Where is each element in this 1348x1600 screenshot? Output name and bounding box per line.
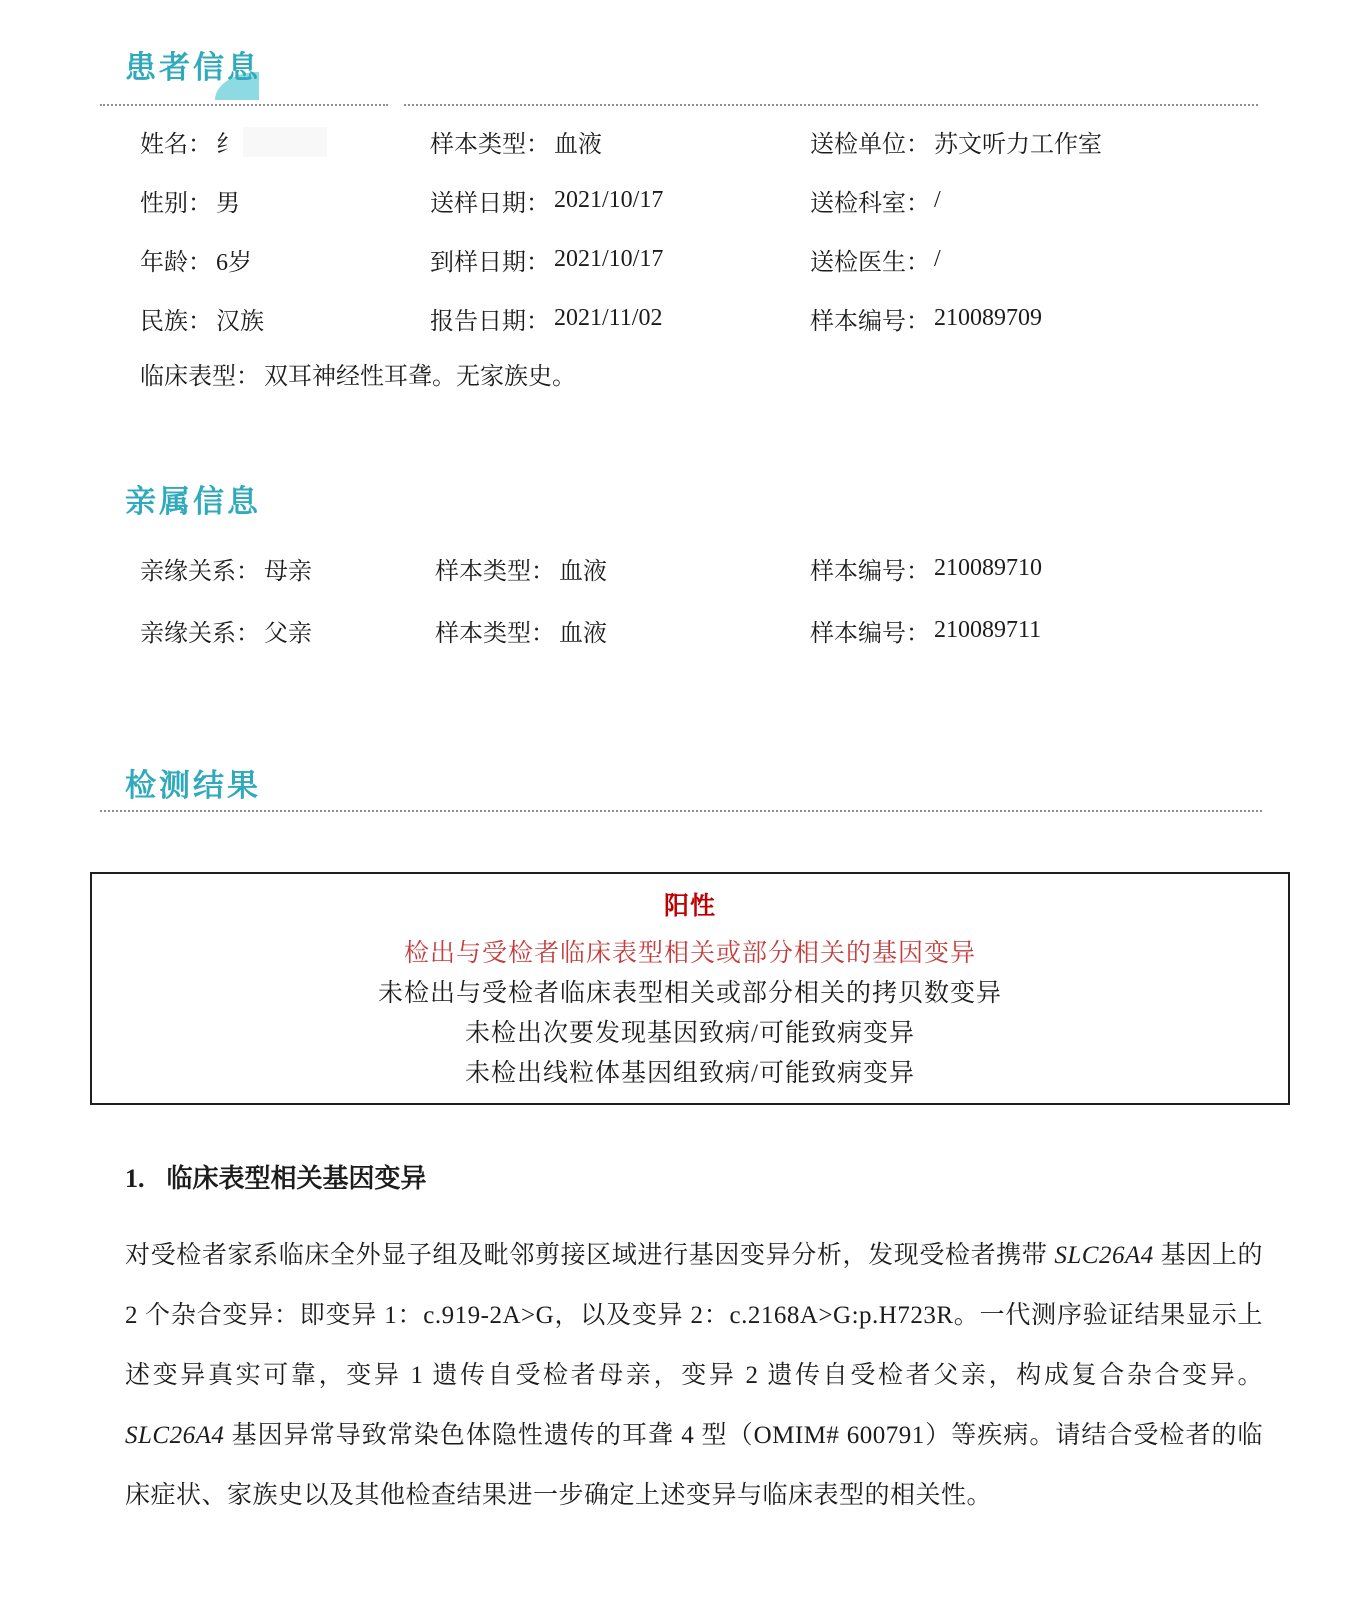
field-ethnicity: 民族：汉族 — [140, 289, 430, 348]
field-sample-type: 样本类型：血液 — [430, 112, 810, 171]
field-relative-sample-id-2-label: 样本编号： — [810, 613, 930, 648]
field-age-label: 年龄： — [140, 242, 212, 277]
field-relative-sample-id-2-value: 210089711 — [934, 617, 1041, 644]
section-number: 1. — [125, 1164, 145, 1193]
field-sample-type-label: 样本类型： — [430, 124, 550, 159]
name-redaction — [243, 127, 327, 157]
section-heading-text: 临床表型相关基因变异 — [167, 1164, 427, 1193]
field-clinical-phenotype: 临床表型：双耳神经性耳聋。无家族史。 — [140, 356, 576, 391]
genetic-test-report-page: 患者信息 姓名：纟 样本类型：血液 送检单位：苏文听力工作室 性别：男 送样日期… — [0, 0, 1348, 1600]
field-sample-id: 样本编号：210089709 — [810, 289, 1260, 348]
result-line-secondary: 未检出次要发现基因致病/可能致病变异 — [92, 1014, 1288, 1054]
field-ethnicity-label: 民族： — [140, 301, 212, 336]
variant-paragraph: 对受检者家系临床全外显子组及毗邻剪接区域进行基因变异分析，发现受检者携带 SLC… — [125, 1226, 1263, 1526]
field-relation-1-value: 母亲 — [264, 551, 312, 586]
field-report-date: 报告日期：2021/11/02 — [430, 289, 810, 348]
field-referring-unit-value: 苏文听力工作室 — [934, 124, 1102, 159]
field-ethnicity-value: 汉族 — [216, 301, 264, 336]
field-referring-doctor-label: 送检医生： — [810, 242, 930, 277]
relatives-info-title: 亲属信息 — [125, 476, 261, 521]
result-line-mito: 未检出线粒体基因组致病/可能致病变异 — [92, 1054, 1288, 1094]
results-title: 检测结果 — [125, 760, 261, 805]
field-relation-1-label: 亲缘关系： — [140, 551, 260, 586]
field-sample-id-label: 样本编号： — [810, 301, 930, 336]
field-sample-id-value: 210089709 — [934, 305, 1042, 332]
field-relative-sample-type-2-value: 血液 — [559, 613, 607, 648]
field-relative-sample-type-2-label: 样本类型： — [435, 613, 555, 648]
field-referring-dept: 送检科室：/ — [810, 171, 1260, 230]
field-report-date-label: 报告日期： — [430, 301, 550, 336]
field-relation-2: 亲缘关系：父亲 — [140, 599, 435, 661]
field-gender-label: 性别： — [140, 183, 212, 218]
field-referring-dept-label: 送检科室： — [810, 183, 930, 218]
field-referring-dept-value: / — [934, 187, 941, 214]
result-line-cnv: 未检出与受检者临床表型相关或部分相关的拷贝数变异 — [92, 974, 1288, 1014]
variant-section-heading: 1.临床表型相关基因变异 — [125, 1158, 427, 1195]
field-name: 姓名：纟 — [140, 112, 430, 171]
field-report-date-value: 2021/11/02 — [554, 305, 662, 332]
verdict-positive: 阳性 — [92, 888, 1288, 924]
field-relative-sample-id-2: 样本编号：210089711 — [810, 599, 1260, 661]
field-relative-sample-type-2: 样本类型：血液 — [435, 599, 810, 661]
field-relative-sample-type-1-value: 血液 — [559, 551, 607, 586]
field-name-label: 姓名： — [140, 124, 212, 159]
field-relative-sample-type-1: 样本类型：血液 — [435, 537, 810, 599]
field-arrival-date-value: 2021/10/17 — [554, 246, 663, 273]
field-relative-sample-type-1-label: 样本类型： — [435, 551, 555, 586]
results-box: 阳性 检出与受检者临床表型相关或部分相关的基因变异 未检出与受检者临床表型相关或… — [90, 872, 1290, 1105]
field-relative-sample-id-1-label: 样本编号： — [810, 551, 930, 586]
field-name-value: 纟 — [216, 124, 240, 159]
field-gender: 性别：男 — [140, 171, 430, 230]
field-sending-date-label: 送样日期： — [430, 183, 550, 218]
field-relation-1: 亲缘关系：母亲 — [140, 537, 435, 599]
field-age: 年龄：6岁 — [140, 230, 430, 289]
field-referring-doctor: 送检医生：/ — [810, 230, 1260, 289]
dotted-divider-results — [100, 810, 1262, 812]
field-sample-type-value: 血液 — [554, 124, 602, 159]
field-arrival-date-label: 到样日期： — [430, 242, 550, 277]
patient-info-title: 患者信息 — [125, 42, 261, 87]
relatives-info-grid: 亲缘关系：母亲 样本类型：血液 样本编号：210089710 亲缘关系：父亲 样… — [140, 537, 1260, 661]
field-sending-date-value: 2021/10/17 — [554, 187, 663, 214]
field-referring-unit: 送检单位：苏文听力工作室 — [810, 112, 1260, 171]
field-relation-2-value: 父亲 — [264, 613, 312, 648]
field-relation-2-label: 亲缘关系： — [140, 613, 260, 648]
patient-info-grid: 姓名：纟 样本类型：血液 送检单位：苏文听力工作室 性别：男 送样日期：2021… — [140, 112, 1260, 348]
field-age-value: 6岁 — [216, 242, 252, 277]
field-clinical-phenotype-value: 双耳神经性耳聋。无家族史。 — [264, 364, 576, 390]
result-line-detected: 检出与受检者临床表型相关或部分相关的基因变异 — [92, 934, 1288, 974]
field-clinical-phenotype-label: 临床表型： — [140, 364, 260, 390]
field-relative-sample-id-1: 样本编号：210089710 — [810, 537, 1260, 599]
dotted-divider-left — [100, 104, 388, 106]
field-referring-unit-label: 送检单位： — [810, 124, 930, 159]
field-sending-date: 送样日期：2021/10/17 — [430, 171, 810, 230]
dotted-divider-right — [404, 104, 1258, 106]
field-arrival-date: 到样日期：2021/10/17 — [430, 230, 810, 289]
field-relative-sample-id-1-value: 210089710 — [934, 555, 1042, 582]
field-gender-value: 男 — [216, 183, 240, 218]
field-referring-doctor-value: / — [934, 246, 941, 273]
